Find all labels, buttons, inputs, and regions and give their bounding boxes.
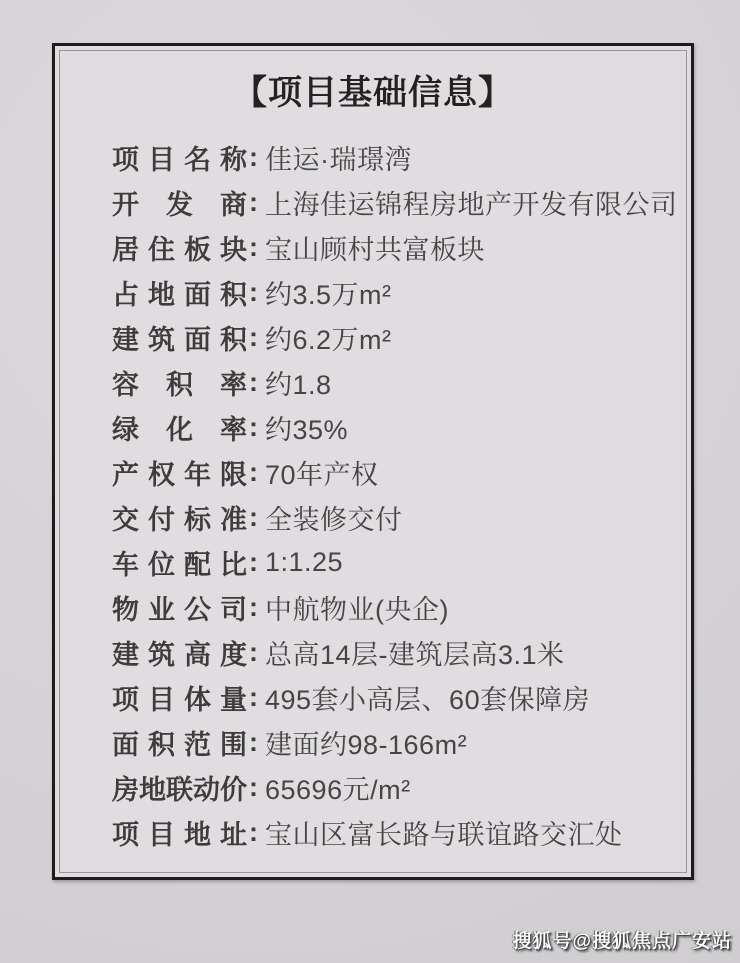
row-label: 项目名称 [112, 138, 247, 177]
row-label: 车位配比 [112, 543, 247, 582]
row-value: 宝山顾村共富板块 [265, 228, 485, 267]
info-row-area-range: 面积范围:建面约98-166m² [112, 720, 666, 765]
row-label: 容积率 [112, 363, 247, 402]
row-colon: : [249, 277, 258, 308]
row-colon: : [249, 682, 258, 713]
row-value: 495套小高层、60套保障房 [265, 678, 590, 717]
info-row-project-volume: 项目体量:495套小高层、60套保障房 [112, 675, 666, 720]
row-label: 交付标准 [112, 498, 247, 537]
info-row-property-company: 物业公司:中航物业(央企) [112, 585, 666, 630]
info-row-delivery-standard: 交付标准:全装修交付 [112, 495, 666, 540]
row-value: 中航物业(央企) [265, 588, 449, 627]
info-rows: 项目名称:佳运·瑞璟湾 开发商:上海佳运锦程房地产开发有限公司 居住板块:宝山顾… [112, 135, 666, 855]
row-value: 约1.8 [265, 363, 332, 402]
row-value: 宝山区富长路与联谊路交汇处 [265, 813, 623, 852]
row-label: 项目体量 [112, 678, 247, 717]
info-row-land-area: 占地面积:约3.5万m² [112, 270, 666, 315]
info-row-residential-area: 居住板块:宝山顾村共富板块 [112, 225, 666, 270]
row-colon: : [249, 232, 258, 263]
row-colon: : [249, 592, 258, 623]
row-label: 居住板块 [112, 228, 247, 267]
row-colon: : [249, 367, 258, 398]
row-value: 约3.5万m² [265, 273, 392, 312]
watermark-text: 搜狐号@搜狐焦点广安站 [512, 926, 732, 953]
row-colon: : [249, 772, 258, 803]
row-colon: : [249, 502, 258, 533]
row-label: 占地面积 [112, 273, 247, 312]
info-row-plot-ratio: 容积率:约1.8 [112, 360, 666, 405]
row-label: 建筑面积 [112, 318, 247, 357]
row-label: 房地联动价 [112, 768, 247, 807]
row-value: 70年产权 [265, 453, 379, 492]
row-value: 上海佳运锦程房地产开发有限公司 [265, 183, 678, 222]
page-background: 【项目基础信息】 项目名称:佳运·瑞璟湾 开发商:上海佳运锦程房地产开发有限公司… [0, 0, 740, 963]
row-colon: : [249, 142, 258, 173]
row-colon: : [249, 187, 258, 218]
row-value: 65696元/m² [265, 768, 411, 807]
row-value: 1:1.25 [265, 547, 343, 578]
info-row-parking-ratio: 车位配比:1:1.25 [112, 540, 666, 585]
info-row-developer: 开发商:上海佳运锦程房地产开发有限公司 [112, 180, 666, 225]
row-value: 总高14层-建筑层高3.1米 [265, 633, 565, 672]
row-value: 佳运·瑞璟湾 [265, 138, 412, 177]
card-inner-border: 【项目基础信息】 项目名称:佳运·瑞璟湾 开发商:上海佳运锦程房地产开发有限公司… [59, 50, 687, 873]
row-label: 面积范围 [112, 723, 247, 762]
row-label: 产权年限 [112, 453, 247, 492]
info-row-greening-rate: 绿化率:约35% [112, 405, 666, 450]
info-row-linked-price: 房地联动价:65696元/m² [112, 765, 666, 810]
row-value: 约6.2万m² [265, 318, 392, 357]
row-colon: : [249, 727, 258, 758]
row-colon: : [249, 457, 258, 488]
info-row-property-term: 产权年限:70年产权 [112, 450, 666, 495]
row-label: 建筑高度 [112, 633, 247, 672]
info-row-project-name: 项目名称:佳运·瑞璟湾 [112, 135, 666, 180]
row-label: 物业公司 [112, 588, 247, 627]
row-value: 全装修交付 [265, 498, 403, 537]
project-info-card: 【项目基础信息】 项目名称:佳运·瑞璟湾 开发商:上海佳运锦程房地产开发有限公司… [52, 43, 694, 880]
row-label: 开发商 [112, 183, 247, 222]
row-colon: : [249, 817, 258, 848]
info-row-building-area: 建筑面积:约6.2万m² [112, 315, 666, 360]
info-row-building-height: 建筑高度:总高14层-建筑层高3.1米 [112, 630, 666, 675]
row-value: 建面约98-166m² [265, 723, 467, 762]
row-colon: : [249, 547, 258, 578]
row-colon: : [249, 637, 258, 668]
row-label: 绿化率 [112, 408, 247, 447]
row-colon: : [249, 412, 258, 443]
row-value: 约35% [265, 408, 348, 447]
row-colon: : [249, 322, 258, 353]
card-title: 【项目基础信息】 [112, 71, 634, 117]
info-row-project-address: 项目地址:宝山区富长路与联谊路交汇处 [112, 810, 666, 855]
row-label: 项目地址 [112, 813, 247, 852]
